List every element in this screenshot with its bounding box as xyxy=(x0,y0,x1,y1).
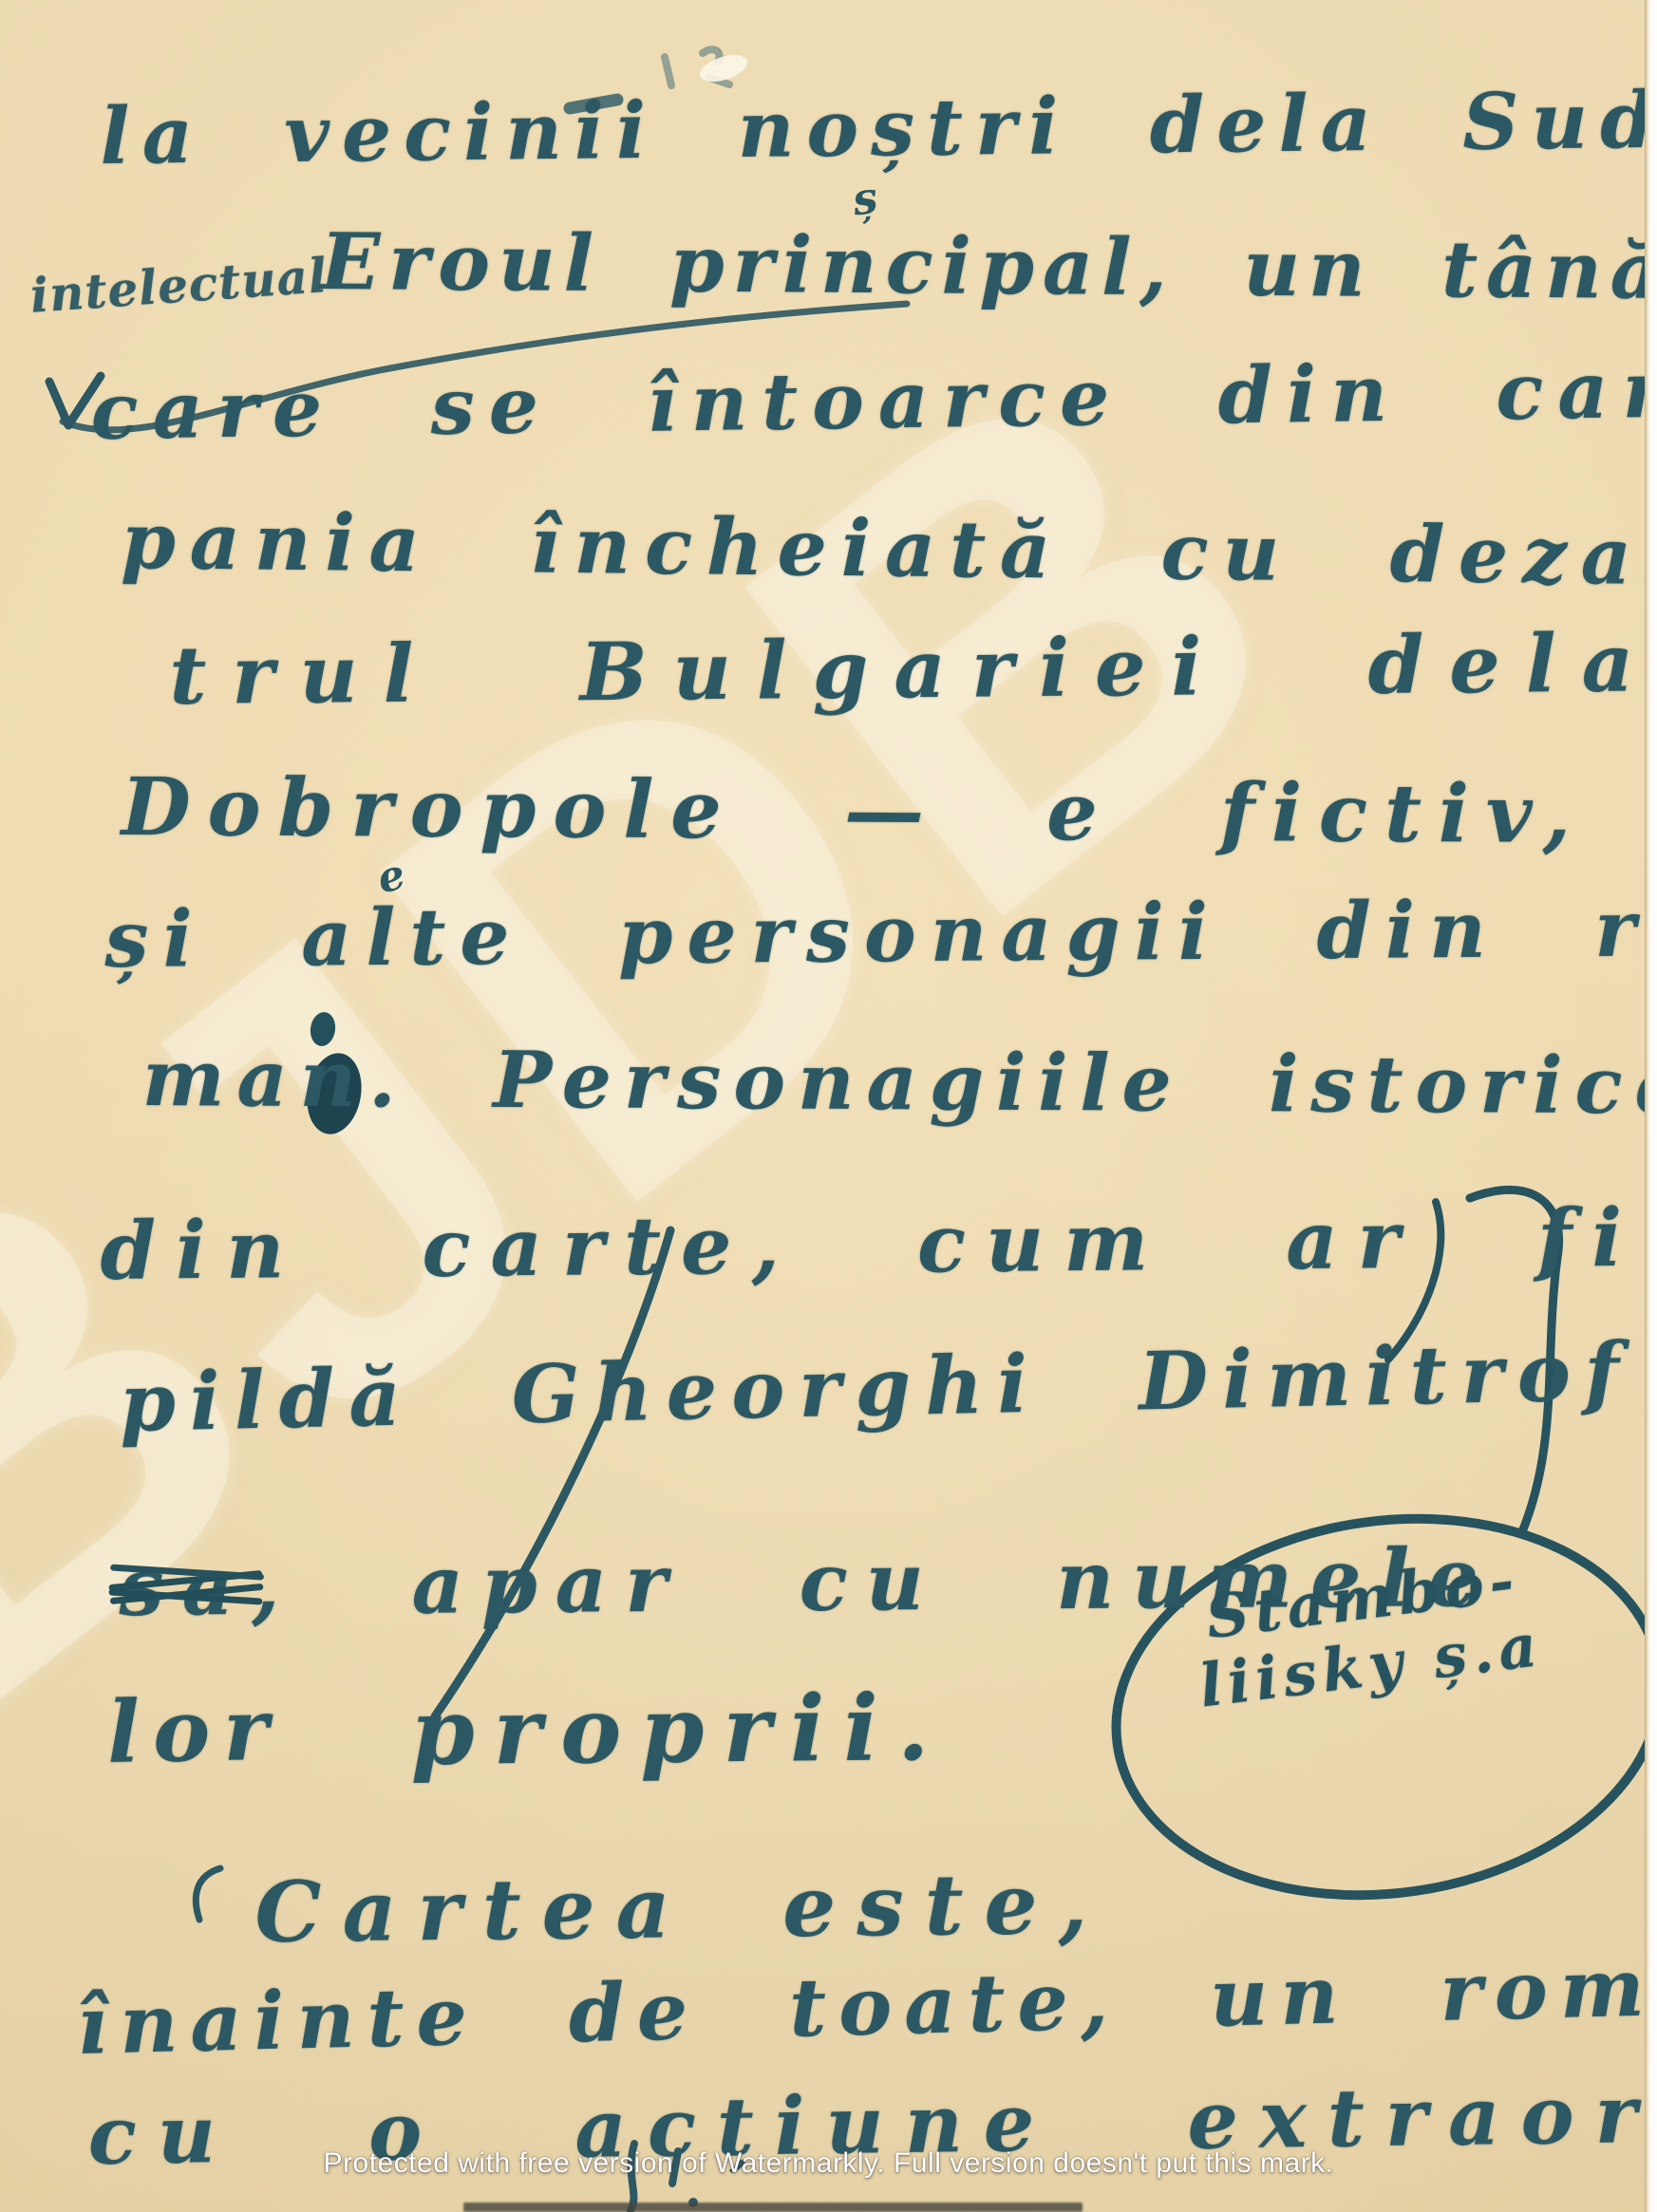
cartea-insertion-mark xyxy=(196,1868,220,1920)
manuscript-line-6: Dobropole — e fictiv, ca xyxy=(121,759,1657,862)
watermarkly-footer-text: Protected with free version of Watermark… xyxy=(0,2147,1657,2180)
manuscript-line-1: la vecinii noștri dela Sud. xyxy=(100,74,1657,182)
manuscript-line-12-word-proprii: proprii. xyxy=(410,1674,949,1786)
page-number-ghost-mark-1 xyxy=(665,57,671,85)
manuscript-page: BJDB la vecinii noștri dela Sud. intelec… xyxy=(0,0,1657,2212)
scan-edge-strip xyxy=(1645,0,1657,2212)
manuscript-line-7: și alte personagii din ro- xyxy=(104,883,1657,985)
manuscript-line-4: pania încheiată cu dezas- xyxy=(121,496,1657,604)
manuscript-line-5: trul Bulgariei dela xyxy=(169,615,1657,722)
manuscript-line-2: Eroul principal, un tânăr xyxy=(320,216,1657,317)
manuscript-line-9: din carte, cum ar fi de xyxy=(100,1188,1657,1298)
manuscript-line-12-word-lor: lor xyxy=(106,1679,282,1783)
proprii-flourish-stroke xyxy=(435,1230,670,1716)
manuscript-line-8: man. Personagiile istorice xyxy=(141,1033,1657,1133)
scan-bottom-shadow xyxy=(463,2203,1083,2212)
struck-out-word: sa xyxy=(119,1539,252,1634)
manuscript-line-13: Cartea este, xyxy=(254,1854,1109,1961)
